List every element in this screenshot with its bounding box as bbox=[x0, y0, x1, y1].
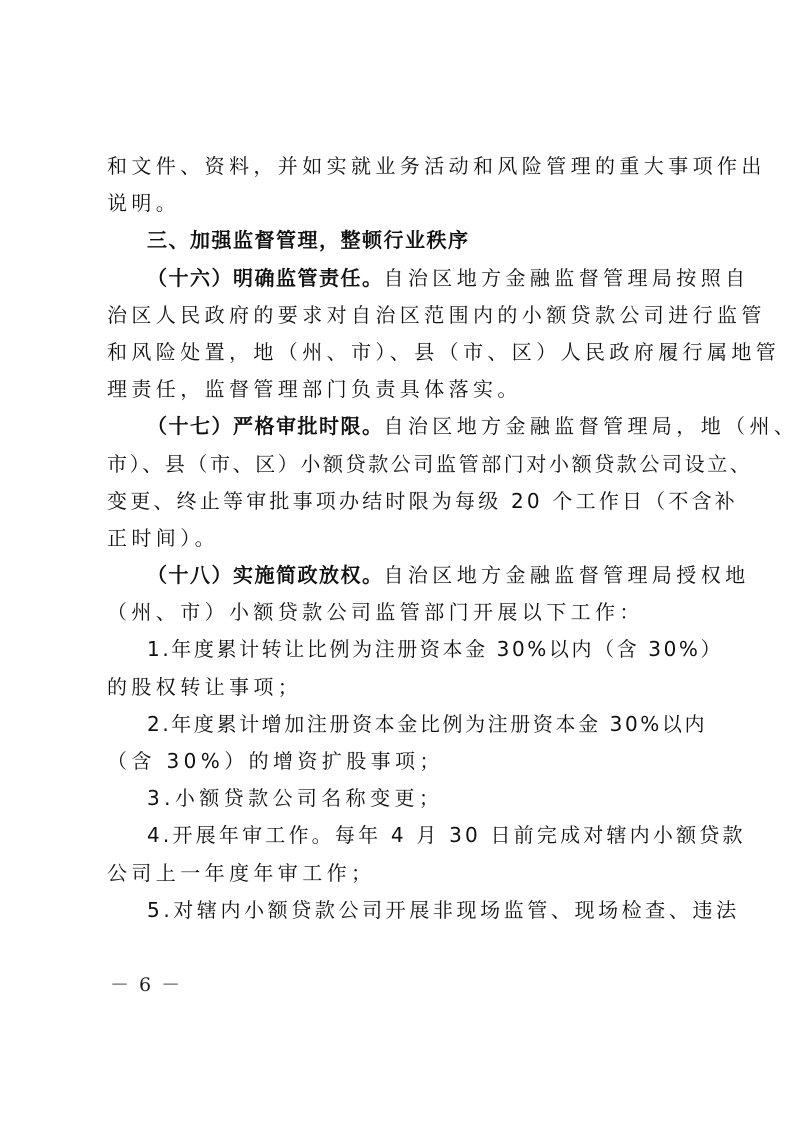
body-line: 治区人民政府的要求对自治区范围内的小额贷款公司进行监管 bbox=[107, 297, 675, 334]
body-line: 理责任，监督管理部门负责具体落实。 bbox=[107, 371, 675, 408]
paragraph-item-17: （十七）严格审批时限。自治区地方金融监督管理局，地（州、 bbox=[107, 408, 675, 445]
body-line: 和文件、资料，并如实就业务活动和风险管理的重大事项作出 bbox=[107, 148, 675, 185]
body-line: 和风险处置，地（州、市）、县（市、区）人民政府履行属地管 bbox=[107, 334, 675, 371]
item-lead-title: （十八）实施简政放权。 bbox=[147, 563, 384, 587]
body-text: 自治区地方金融监督管理局按照自 bbox=[384, 266, 750, 290]
document-page: 和文件、资料，并如实就业务活动和风险管理的重大事项作出 说明。 三、加强监督管理… bbox=[107, 148, 675, 929]
body-line: 市）、县（市、区）小额贷款公司监管部门对小额贷款公司设立、 bbox=[107, 446, 675, 483]
body-line: （含 30%）的增资扩股事项； bbox=[107, 743, 675, 780]
body-line: 公司上一年度年审工作； bbox=[107, 855, 675, 892]
section-heading: 三、加强监督管理，整顿行业秩序 bbox=[107, 222, 675, 259]
list-item-1: 1.年度累计转让比例为注册资本金 30%以内（含 30%） bbox=[107, 631, 675, 668]
body-line: 正时间）。 bbox=[107, 520, 675, 557]
body-text: 自治区地方金融监督管理局授权地 bbox=[384, 563, 750, 587]
body-line: 的股权转让事项； bbox=[107, 669, 675, 706]
body-line: （州、市）小额贷款公司监管部门开展以下工作： bbox=[107, 594, 675, 631]
body-text: 自治区地方金融监督管理局，地（州、 bbox=[384, 414, 793, 438]
list-item-2: 2.年度累计增加注册资本金比例为注册资本金 30%以内 bbox=[107, 706, 675, 743]
list-item-3: 3.小额贷款公司名称变更； bbox=[107, 780, 675, 817]
page-number: － 6 － bbox=[110, 970, 182, 997]
list-item-5: 5.对辖内小额贷款公司开展非现场监管、现场检查、违法 bbox=[107, 892, 675, 929]
list-item-4: 4.开展年审工作。每年 4 月 30 日前完成对辖内小额贷款 bbox=[107, 817, 675, 854]
body-line: 变更、终止等审批事项办结时限为每级 20 个工作日（不含补 bbox=[107, 483, 675, 520]
item-lead-title: （十六）明确监管责任。 bbox=[147, 266, 384, 290]
paragraph-item-16: （十六）明确监管责任。自治区地方金融监督管理局按照自 bbox=[107, 260, 675, 297]
paragraph-item-18: （十八）实施简政放权。自治区地方金融监督管理局授权地 bbox=[107, 557, 675, 594]
item-lead-title: （十七）严格审批时限。 bbox=[147, 414, 384, 438]
body-line: 说明。 bbox=[107, 185, 675, 222]
